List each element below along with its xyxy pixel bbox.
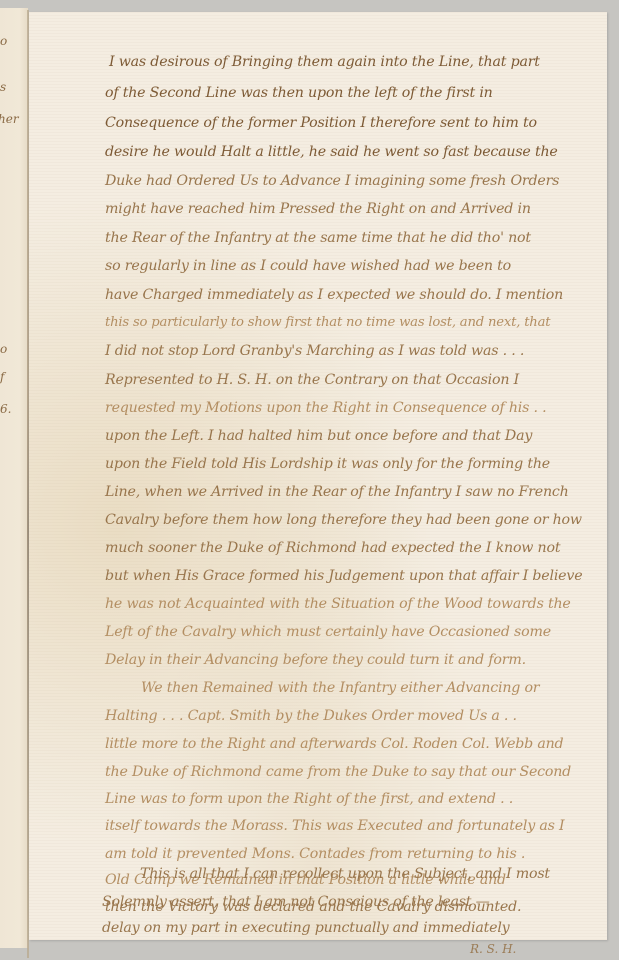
manuscript-line: so regularly in line as I could have wis… [105, 258, 511, 274]
manuscript-line: Represented to H. S. H. on the Contrary … [105, 372, 519, 388]
manuscript-line: he was not Acquainted with the Situation… [105, 596, 571, 612]
left-fragment-text: o [0, 342, 7, 356]
manuscript-line: Line was to form upon the Right of the f… [105, 791, 513, 807]
manuscript-line: little more to the Right and afterwards … [105, 736, 563, 752]
manuscript-line: the Rear of the Infantry at the same tim… [105, 230, 531, 246]
manuscript-line: Delay in their Advancing before they cou… [105, 652, 526, 668]
manuscript-line: but when His Grace formed his Judgement … [105, 568, 582, 584]
manuscript-line: We then Remained with the Infantry eithe… [141, 680, 539, 696]
left-fragment-text: 6. [0, 402, 11, 416]
manuscript-line: am told it prevented Mons. Contades from… [105, 846, 525, 862]
manuscript-line: of the Second Line was then upon the lef… [105, 85, 493, 101]
manuscript-line: I did not stop Lord Granby's Marching as… [105, 343, 524, 359]
manuscript-line: upon the Field told His Lordship it was … [105, 456, 550, 472]
left-fragment-text: f [0, 370, 4, 384]
manuscript-line: Left of the Cavalry which must certainly… [105, 624, 551, 640]
manuscript-line: desire he would Halt a little, he said h… [105, 144, 558, 160]
manuscript-page: I was desirous of Bringing them again in… [29, 12, 607, 940]
manuscript-line: Halting . . . Capt. Smith by the Dukes O… [105, 708, 517, 724]
manuscript-line: I was desirous of Bringing them again in… [109, 54, 540, 70]
manuscript-line: much sooner the Duke of Richmond had exp… [105, 540, 560, 556]
left-page-fragment: o s her o f 6. [0, 8, 28, 948]
left-fragment-text: s [0, 80, 6, 94]
manuscript-line: Line, when we Arrived in the Rear of the… [105, 484, 569, 500]
manuscript-line: might have reached him Pressed the Right… [105, 201, 531, 217]
manuscript-line: requested my Motions upon the Right in C… [105, 400, 546, 416]
signature-initials: R. S. H. [470, 942, 516, 956]
scan-background: o s her o f 6. I was desirous of Bringin… [0, 0, 619, 960]
manuscript-line: itself towards the Morass. This was Exec… [105, 818, 564, 834]
manuscript-line: this so particularly to show first that … [105, 315, 550, 330]
manuscript-line: Old Camp we Remained in that Position a … [105, 872, 506, 888]
manuscript-line: have Charged immediately as I expected w… [105, 287, 563, 303]
manuscript-line: Cavalry before them how long therefore t… [105, 512, 582, 528]
left-fragment-text: o [0, 34, 7, 48]
manuscript-line: upon the Left. I had halted him but once… [105, 428, 532, 444]
manuscript-line: the Duke of Richmond came from the Duke … [105, 764, 571, 780]
left-fragment-text: her [0, 112, 19, 126]
manuscript-line: Duke had Ordered Us to Advance I imagini… [105, 173, 559, 189]
manuscript-line: Consequence of the former Position I the… [105, 115, 537, 131]
manuscript-line: then the Victory was declared and the Ca… [105, 899, 521, 915]
